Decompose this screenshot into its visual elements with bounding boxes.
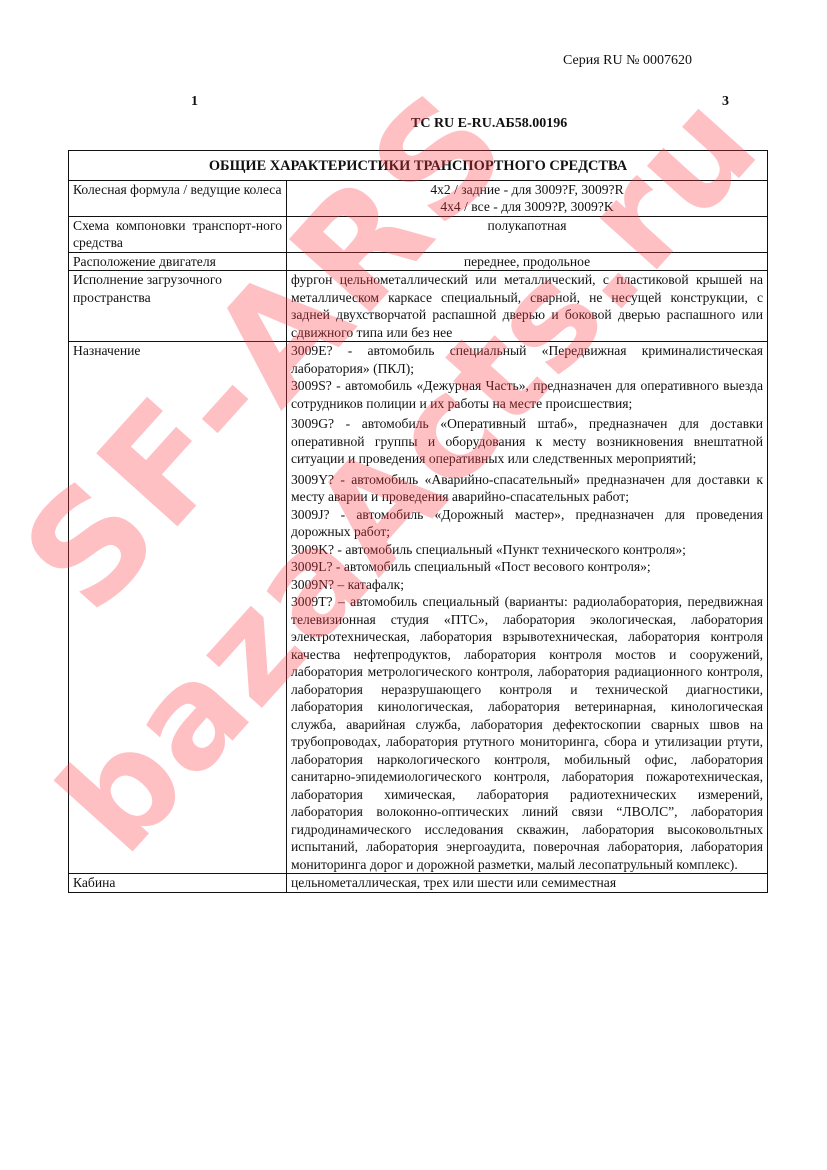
purpose-item: 3009G? - автомобиль «Оперативный штаб», …	[291, 415, 763, 468]
table-title-row: ОБЩИЕ ХАРАКТЕРИСТИКИ ТРАНСПОРТНОГО СРЕДС…	[69, 151, 768, 181]
value-line: 4x2 / задние - для 3009?F, 3009?R	[291, 181, 763, 199]
table-row: Колесная формула / ведущие колеса 4x2 / …	[69, 180, 768, 216]
purpose-item: 3009S? - автомобиль «Дежурная Часть», пр…	[291, 377, 763, 412]
row-label-purpose: Назначение	[69, 342, 287, 874]
purpose-item: 3009K? - автомобиль специальный «Пункт т…	[291, 541, 763, 559]
characteristics-table: ОБЩИЕ ХАРАКТЕРИСТИКИ ТРАНСПОРТНОГО СРЕДС…	[68, 150, 768, 893]
table-row: Назначение 3009E? - автомобиль специальн…	[69, 342, 768, 874]
table-row: Расположение двигателя переднее, продоль…	[69, 252, 768, 271]
table-title: ОБЩИЕ ХАРАКТЕРИСТИКИ ТРАНСПОРТНОГО СРЕДС…	[69, 151, 768, 181]
row-label-wheel-formula: Колесная формула / ведущие колеса	[69, 180, 287, 216]
value-line: полукапотная	[291, 217, 763, 235]
purpose-item: 3009N? – катафалк;	[291, 576, 763, 594]
row-label-layout-scheme: Схема компоновки транспорт-ного средства	[69, 216, 287, 252]
row-value-engine-position: переднее, продольное	[287, 252, 768, 271]
value-line: переднее, продольное	[291, 253, 763, 271]
row-label-engine-position: Расположение двигателя	[69, 252, 287, 271]
row-value-purpose: 3009E? - автомобиль специальный «Передви…	[287, 342, 768, 874]
row-value-layout-scheme: полукапотная	[287, 216, 768, 252]
table-row: Исполнение загрузочного пространства фур…	[69, 271, 768, 342]
row-value-wheel-formula: 4x2 / задние - для 3009?F, 3009?R 4x4 / …	[287, 180, 768, 216]
value-line: цельнометаллическая, трех или шести или …	[291, 874, 763, 892]
row-value-cabin: цельнометаллическая, трех или шести или …	[287, 874, 768, 893]
document-number: ТС RU E-RU.АБ58.00196	[411, 116, 567, 132]
row-label-cabin: Кабина	[69, 874, 287, 893]
table-row: Схема компоновки транспорт-ного средства…	[69, 216, 768, 252]
page-number-left: 1	[191, 94, 198, 110]
purpose-item: 3009T? – автомобиль специальный (вариант…	[291, 593, 763, 873]
purpose-item: 3009Y? - автомобиль «Аварийно-спасательн…	[291, 471, 763, 506]
purpose-item: 3009E? - автомобиль специальный «Передви…	[291, 342, 763, 377]
row-label-cargo-space: Исполнение загрузочного пространства	[69, 271, 287, 342]
row-value-cargo-space: фургон цельнометаллический или металличе…	[287, 271, 768, 342]
value-line: 4x4 / все - для 3009?P, 3009?K	[291, 198, 763, 216]
table-row: Кабина цельнометаллическая, трех или шес…	[69, 874, 768, 893]
purpose-item: 3009J? - автомобиль «Дорожный мастер», п…	[291, 506, 763, 541]
value-line: фургон цельнометаллический или металличе…	[291, 271, 763, 341]
series-number: Серия RU № 0007620	[563, 53, 692, 69]
purpose-item: 3009L? - автомобиль специальный «Пост ве…	[291, 558, 763, 576]
page-number-right: 3	[722, 94, 729, 110]
